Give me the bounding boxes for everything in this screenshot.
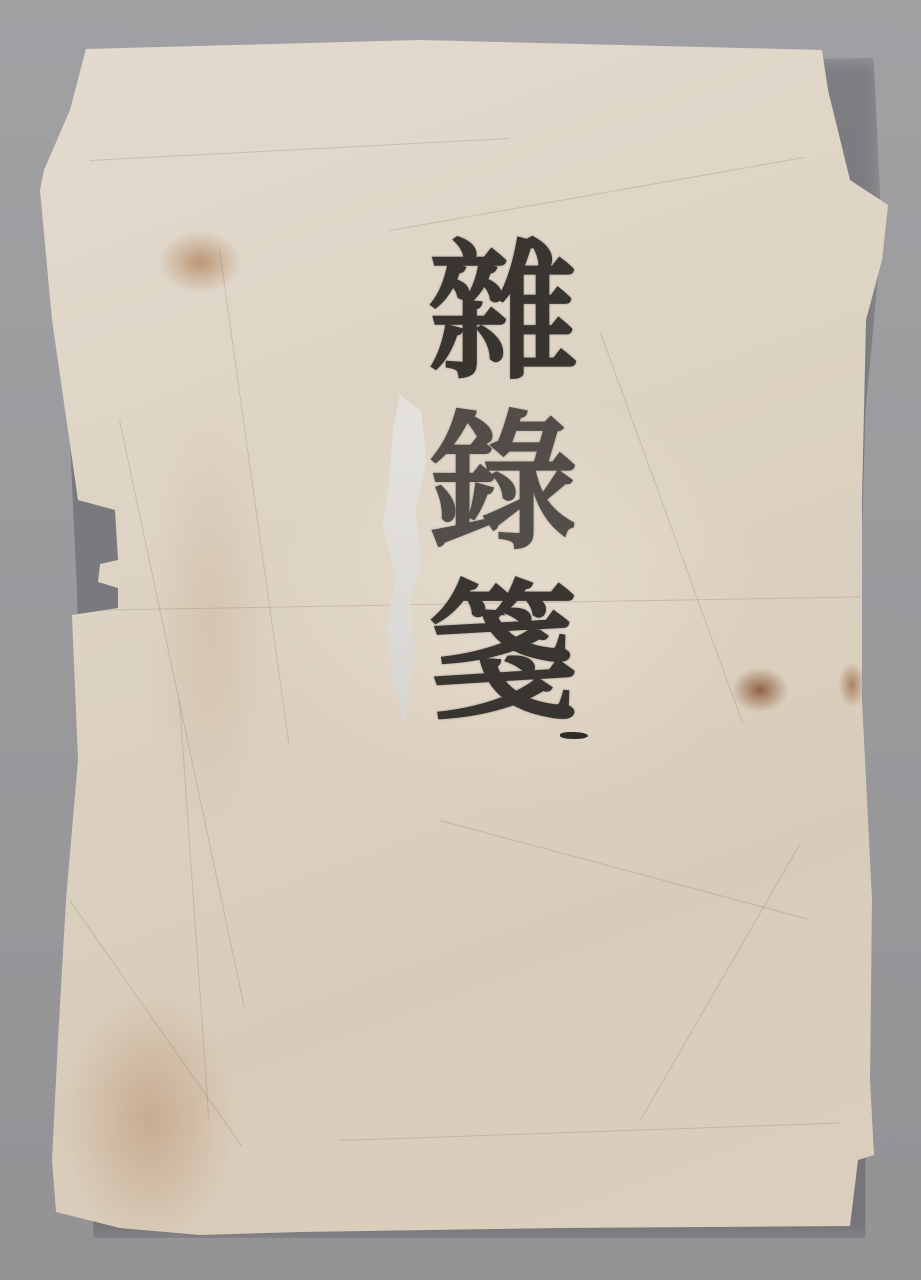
crease — [119, 420, 245, 1007]
crease — [599, 330, 744, 725]
crease — [640, 843, 801, 1121]
title-char-2: 錄 — [428, 398, 578, 568]
ink-dash-mark — [560, 732, 588, 739]
title-char-1: 雜 — [428, 228, 578, 398]
crease — [179, 700, 209, 1119]
crease — [90, 138, 509, 161]
crease — [390, 157, 804, 231]
crease — [440, 820, 807, 919]
crease — [69, 900, 242, 1146]
crease — [340, 1123, 840, 1141]
title-char-3: 箋 — [428, 568, 578, 738]
crease — [219, 250, 290, 745]
document-title: 雜 錄 箋 — [418, 228, 588, 738]
